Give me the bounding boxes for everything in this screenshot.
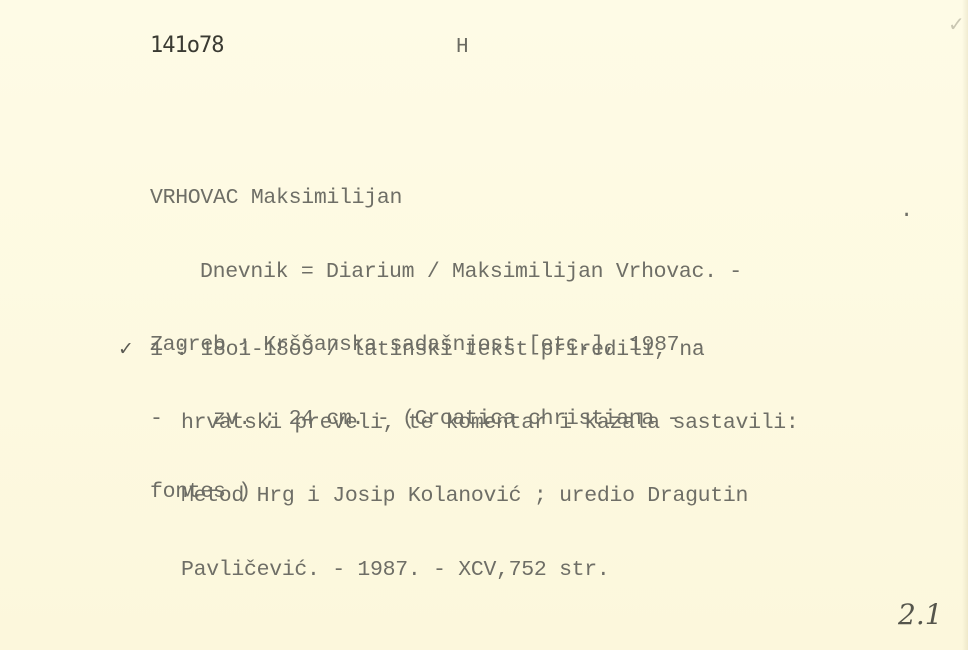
volume-line: 1 : 18o1-18o9 / latinski tekst priredili… bbox=[150, 338, 705, 362]
volume-check-icon: ✓ bbox=[118, 337, 150, 362]
volume-line: Metod Hrg i Josip Kolanović ; uredio Dra… bbox=[118, 484, 799, 509]
title-statement: Dnevnik = Diarium / Maksimilijan Vrhovac… bbox=[150, 260, 742, 285]
volume-line: hrvatski preveli, te komentar i kazala s… bbox=[118, 411, 799, 436]
corner-check-mark-icon: ✓ bbox=[948, 12, 965, 36]
catalog-card: 141o78 H ✓ VRHOVAC Maksimilijan Dnevnik … bbox=[0, 0, 968, 650]
imprint-dot: . bbox=[900, 198, 913, 223]
location-mark: H bbox=[456, 36, 469, 59]
volume-note: ✓1 : 18o1-18o9 / latinski tekst priredil… bbox=[118, 288, 799, 631]
volume-line: Pavličević. - 1987. - XCV,752 str. bbox=[118, 558, 799, 583]
handwritten-number: 2.1 bbox=[898, 598, 943, 631]
call-number: 141o78 bbox=[150, 33, 223, 58]
author-heading: VRHOVAC Maksimilijan bbox=[150, 186, 742, 211]
